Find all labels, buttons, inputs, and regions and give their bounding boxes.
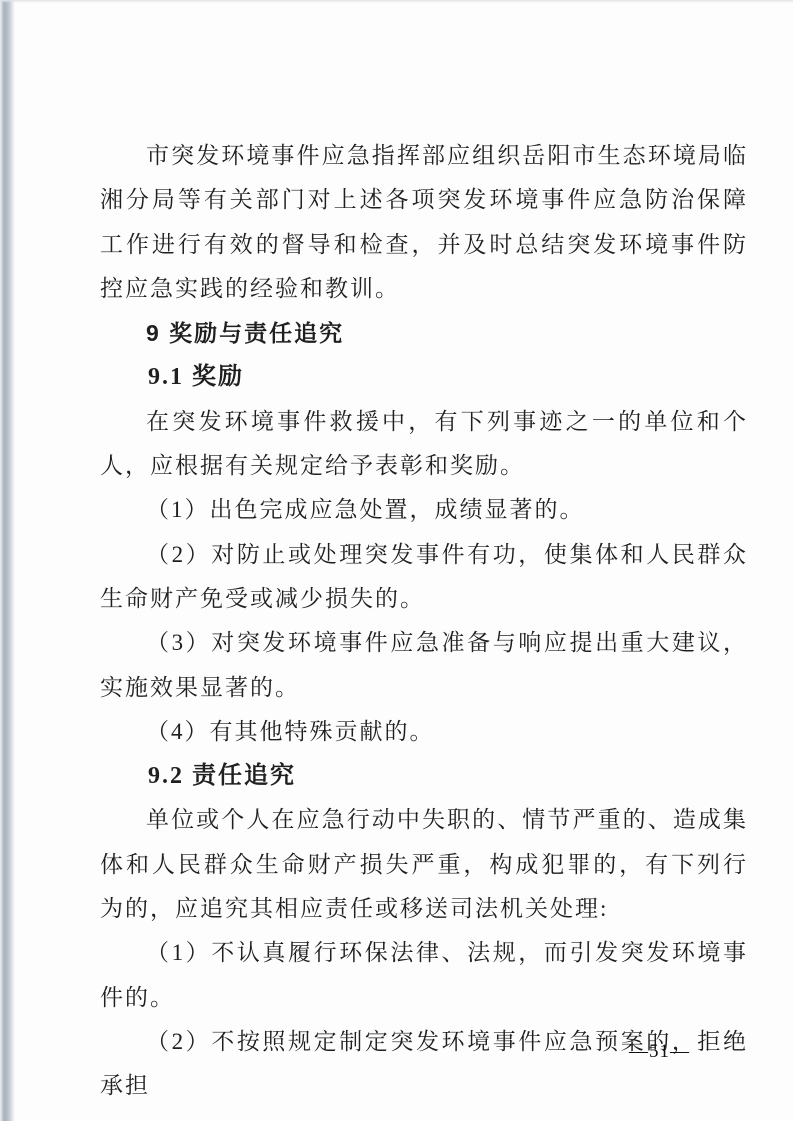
paragraph-accountability-intro: 单位或个人在应急行动中失职的、情节严重的、造成集体和人民群众生命财产损失严重，构… [100,798,748,931]
page-number: —51— [629,1041,690,1063]
accountability-item-2: （2）不按照规定制定突发环境事件应急预案的，拒绝承担 [100,1020,748,1109]
page-body: 市突发环境事件应急指挥部应组织岳阳市生态环境局临湘分局等有关部门对上述各项突发环… [100,134,748,1109]
paragraph-supervision: 市突发环境事件应急指挥部应组织岳阳市生态环境局临湘分局等有关部门对上述各项突发环… [100,134,748,311]
section-9-2-heading: 9.2 责任追究 [100,754,748,798]
scan-edge-shadow-top [0,0,793,3]
reward-item-2: （2）对防止或处理突发事件有功，使集体和人民群众生命财产免受或减少损失的。 [100,533,748,622]
paragraph-reward-intro: 在突发环境事件救援中，有下列事迹之一的单位和个人，应根据有关规定给予表彰和奖励。 [100,400,748,489]
reward-item-1: （1）出色完成应急处置，成绩显著的。 [100,488,748,532]
accountability-item-1: （1）不认真履行环保法律、法规，而引发突发环境事件的。 [100,931,748,1020]
document-page: 市突发环境事件应急指挥部应组织岳阳市生态环境局临湘分局等有关部门对上述各项突发环… [0,0,793,1121]
chapter-9-heading: 9 奖励与责任追究 [100,311,748,355]
scan-edge-shadow-left [0,0,15,1121]
reward-item-4: （4）有其他特殊贡献的。 [100,710,748,754]
reward-item-3: （3）对突发环境事件应急准备与响应提出重大建议，实施效果显著的。 [100,621,748,710]
section-9-1-heading: 9.1 奖励 [100,355,748,399]
